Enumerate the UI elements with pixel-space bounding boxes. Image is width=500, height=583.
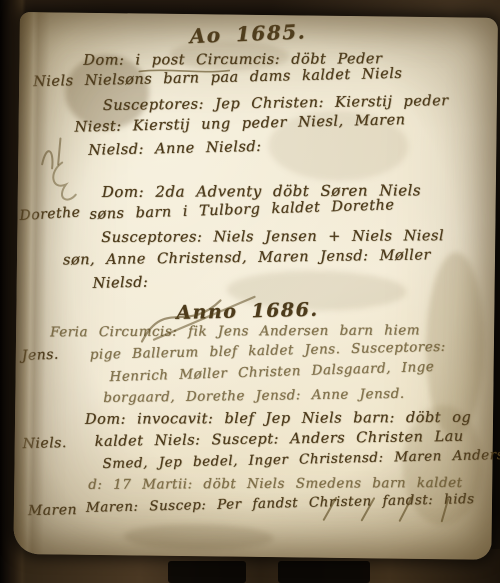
margin-note-dorethe: Dorethe	[19, 205, 81, 224]
margin-note-maren: Maren	[28, 502, 78, 519]
manuscript-line: Nielsd:	[93, 275, 149, 292]
manuscript-line: Maren: Suscep: Per fandst Christen fands…	[86, 491, 475, 516]
manuscript-line: søns barn i Tulborg kaldet Dorethe	[89, 197, 394, 223]
manuscript-line: Henrich Møller Christen Dalsgaard, Inge	[109, 359, 434, 385]
manuscript-line: kaldet Niels: Suscept: Anders Christen L…	[95, 429, 464, 450]
shadow-patch	[168, 561, 246, 583]
manuscript-line: Dom: i post Circumcis: döbt Peder	[83, 51, 382, 69]
manuscript-page: Ao 1685. Anno 1686. Dom: i post Circumci…	[13, 12, 498, 560]
margin-note-niels: Niels.	[23, 435, 67, 452]
manuscript-line: Nielsd: Anne Nielsd:	[88, 139, 262, 159]
manuscript-line: borgaard, Dorethe Jensd: Anne Jensd.	[103, 386, 405, 406]
manuscript-line: d: 17 Martii: döbt Niels Smedens barn ka…	[88, 475, 462, 493]
manuscript-line: Dom: invocavit: blef Jep Niels barn: döb…	[85, 410, 471, 428]
scan-background: Ao 1685. Anno 1686. Dom: i post Circumci…	[0, 0, 500, 583]
ink-stain	[123, 523, 273, 551]
manuscript-line: Susceptores: Niels Jensen + Niels Niesl	[101, 228, 444, 246]
margin-scribble-flourish	[34, 124, 75, 184]
year-heading-1685: Ao 1685.	[189, 19, 306, 48]
manuscript-line: søn, Anne Christensd, Maren Jensd: Mølle…	[63, 247, 431, 268]
manuscript-line: Smed, Jep bedel, Inger Christensd: Maren…	[102, 447, 500, 472]
shadow-patch	[278, 561, 370, 583]
manuscript-line: Susceptores: Jep Christen: Kierstij pede…	[103, 93, 449, 114]
manuscript-line: Feria Circumcis: fik Jens Andersen barn …	[50, 322, 420, 340]
margin-note-jens: Jens.	[21, 347, 59, 364]
page-curl-shading	[13, 12, 50, 554]
margin-loop-flourish	[42, 154, 87, 209]
manuscript-line: Niels Nielsøns barn paa dams kaldet Niel…	[33, 66, 403, 90]
year-heading-1686: Anno 1686.	[176, 299, 319, 324]
manuscript-line: Niest: Kierstij ung peder Niesl, Maren	[74, 112, 405, 136]
